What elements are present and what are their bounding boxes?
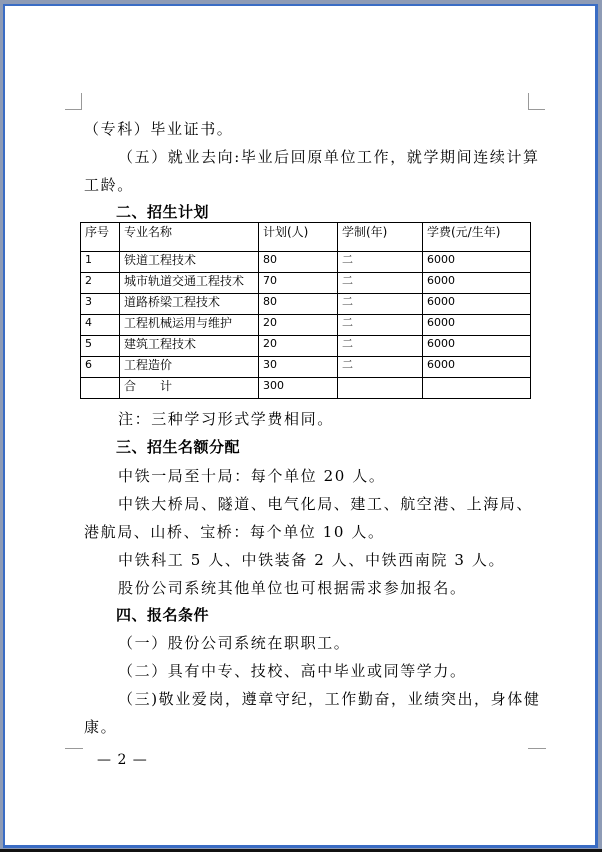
table-row: 1 铁道工程技术 80 二 6000 (81, 252, 531, 273)
enrollment-plan-table: 序号 专业名称 计划(人) 学制(年) 学费(元/生年) 1 铁道工程技术 80… (80, 222, 531, 399)
table-cell: 6000 (423, 315, 531, 336)
table-cell: 二 (338, 294, 423, 315)
table-cell: 20 (259, 315, 338, 336)
margin-corner-bottom-left (65, 748, 83, 749)
section-heading-quota-allocation: 三、招生名额分配 (116, 438, 240, 456)
header-cell: 学制(年) (338, 223, 423, 252)
table-cell (338, 378, 423, 399)
paragraph-line: 股份公司系统其他单位也可根据需求参加报名。 (118, 579, 467, 597)
header-cell: 学费(元/生年) (423, 223, 531, 252)
table-cell: 道路桥梁工程技术 (120, 294, 259, 315)
paragraph-line: （五）就业去向:毕业后回原单位工作，就学期间连续计算 (118, 148, 540, 166)
total-label-cell: 合 计 (120, 378, 259, 399)
table-total-row: 合 计 300 (81, 378, 531, 399)
paragraph-line: 中铁科工 5 人、中铁装备 2 人、中铁西南院 3 人。 (118, 551, 505, 569)
table-row: 3 道路桥梁工程技术 80 二 6000 (81, 294, 531, 315)
paragraph-line: （一）股份公司系统在职职工。 (118, 634, 350, 652)
paragraph-line: 中铁一局至十局：每个单位 20 人。 (118, 467, 385, 485)
header-cell: 序号 (81, 223, 120, 252)
total-value-cell: 300 (259, 378, 338, 399)
margin-corner-top-right (528, 93, 545, 110)
table-cell: 工程机械运用与维护 (120, 315, 259, 336)
table-cell: 工程造价 (120, 357, 259, 378)
table-cell: 二 (338, 315, 423, 336)
paragraph-line: 中铁大桥局、隧道、电气化局、建工、航空港、上海局、 (118, 495, 533, 513)
table-cell: 70 (259, 273, 338, 294)
table-cell (423, 378, 531, 399)
page-number: — 2 — (97, 752, 148, 768)
table-row: 4 工程机械运用与维护 20 二 6000 (81, 315, 531, 336)
table-cell: 6000 (423, 294, 531, 315)
table-cell: 6000 (423, 357, 531, 378)
section-heading-enrollment-plan: 二、招生计划 (116, 203, 209, 221)
table-row: 5 建筑工程技术 20 二 6000 (81, 336, 531, 357)
table-cell: 30 (259, 357, 338, 378)
table-cell: 20 (259, 336, 338, 357)
section-heading-eligibility: 四、报名条件 (116, 606, 209, 624)
table-cell: 2 (81, 273, 120, 294)
table-cell: 1 (81, 252, 120, 273)
table-cell: 6 (81, 357, 120, 378)
table-cell: 3 (81, 294, 120, 315)
table-cell: 6000 (423, 273, 531, 294)
margin-corner-bottom-right (528, 748, 546, 749)
margin-corner-top-left (65, 93, 82, 110)
paragraph-line: （三)敬业爱岗，遵章守纪，工作勤奋，业绩突出，身体健 (118, 690, 540, 708)
table-cell: 4 (81, 315, 120, 336)
paragraph-line: （二）具有中专、技校、高中毕业或同等学力。 (118, 662, 467, 680)
table-cell: 二 (338, 252, 423, 273)
table-row: 2 城市轨道交通工程技术 70 二 6000 (81, 273, 531, 294)
table-cell: 80 (259, 294, 338, 315)
table-cell: 6000 (423, 336, 531, 357)
paragraph-line: （专科）毕业证书。 (84, 120, 233, 138)
table-cell: 80 (259, 252, 338, 273)
table-cell: 5 (81, 336, 120, 357)
table-cell: 城市轨道交通工程技术 (120, 273, 259, 294)
table-cell: 二 (338, 273, 423, 294)
header-cell: 计划(人) (259, 223, 338, 252)
header-cell: 专业名称 (120, 223, 259, 252)
table-cell: 铁道工程技术 (120, 252, 259, 273)
paragraph-line: 工龄。 (84, 176, 134, 194)
table-note: 注：三种学习形式学费相同。 (118, 410, 334, 428)
table-cell (81, 378, 120, 399)
table-cell: 6000 (423, 252, 531, 273)
table-header-row: 序号 专业名称 计划(人) 学制(年) 学费(元/生年) (81, 223, 531, 252)
paragraph-line: 港航局、山桥、宝桥：每个单位 10 人。 (84, 523, 385, 541)
table-cell: 二 (338, 357, 423, 378)
table-row: 6 工程造价 30 二 6000 (81, 357, 531, 378)
table-cell: 建筑工程技术 (120, 336, 259, 357)
table-cell: 二 (338, 336, 423, 357)
paragraph-line: 康。 (84, 718, 117, 736)
